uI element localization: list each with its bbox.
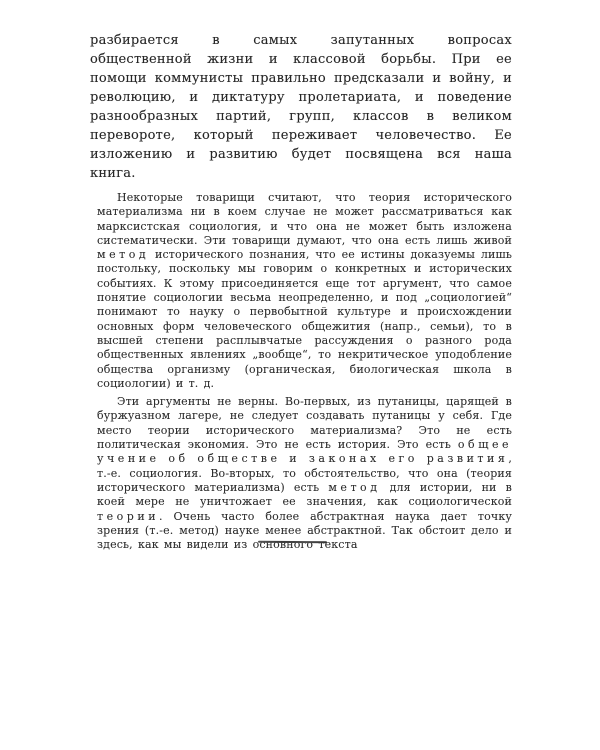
emphasized-text-run: метод (97, 248, 149, 261)
small-print-block: Некоторые товарищи считают, что теория и… (97, 191, 512, 552)
emphasized-text-run: метод (328, 481, 380, 494)
text-run: Некоторые товарищи считают, что теория и… (97, 191, 512, 247)
text-run: исторического познания, что ее истины до… (97, 248, 512, 390)
text-run: Эти аргументы не верны. Во-первых, из пу… (97, 395, 512, 451)
intro-paragraph: разбирается в самых запутанных вопросах … (90, 31, 512, 183)
text-column: разбирается в самых запутанных вопросах … (90, 31, 512, 552)
objections-paragraph: Некоторые товарищи считают, что теория и… (97, 191, 512, 391)
rebuttal-paragraph: Эти аргументы не верны. Во-первых, из пу… (97, 395, 512, 552)
emphasized-text-run: теории (97, 510, 159, 523)
text-run: разбирается в самых запутанных вопросах … (90, 33, 512, 181)
text-run: . Очень часто более абстрактная наука да… (97, 510, 512, 552)
scanned-book-page: разбирается в самых запутанных вопросах … (0, 0, 600, 750)
